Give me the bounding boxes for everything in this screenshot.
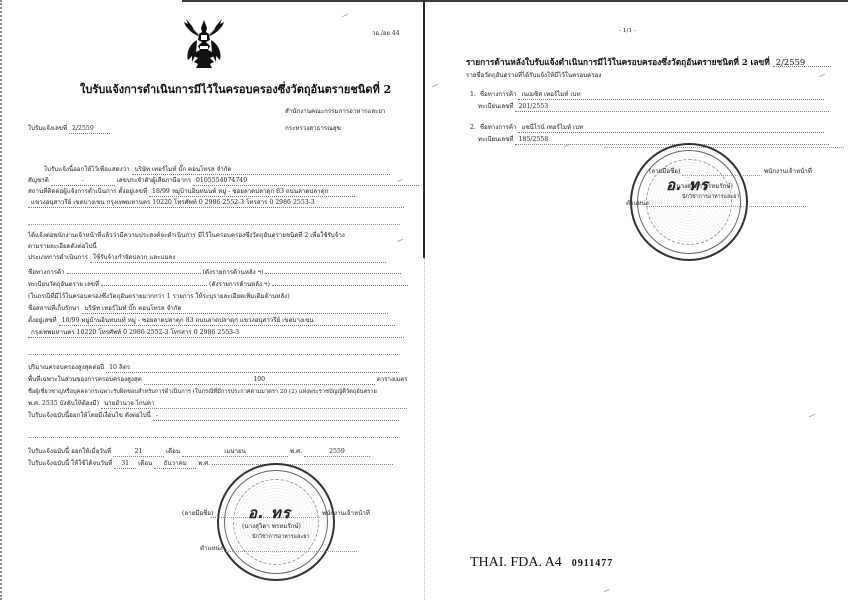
max-qty-value: 10 ลิตร: [106, 364, 397, 373]
item-1-reg-row: ทะเบียนเลขที่ 201/2553: [478, 103, 829, 112]
separator-rule: [28, 437, 400, 438]
position-label: ตำแหน่ง: [200, 545, 223, 553]
officer-label: พนักงานเจ้าหน้าที่: [764, 168, 812, 176]
page-divider-faint: [424, 258, 426, 600]
valid-month: ธันวาคม: [154, 460, 196, 469]
officer-position: นักวิชาการอาหารและยา: [252, 533, 309, 541]
scan-speck: [397, 239, 403, 242]
back-title-text: รายการด้านหลังใบรับแจ้งดำเนินการมีไว้ในค…: [466, 57, 770, 67]
issued-month: เมษายน: [182, 448, 288, 457]
issued-to-value: บริษัท เทอร์ไมท์ บั๊ก คอนโทรล จำกัด: [132, 166, 390, 175]
scan-speck: [432, 84, 438, 87]
garuda-emblem-icon: [180, 16, 228, 72]
receipt-back-page: - 1/1 - รายการด้านหลังใบรับแจ้งดำเนินการ…: [424, 0, 848, 600]
receipt-number: ใบรับแจ้งเลขที่ 2/2559: [28, 125, 110, 134]
notice-line1: ได้แจ้งต่อพนักงานเจ้าหน้าที่แล้วว่ามีควา…: [28, 232, 345, 240]
receipt-number-label: ใบรับแจ้งเลขที่: [28, 125, 67, 132]
issued-month-label: เดือน: [166, 448, 180, 455]
form-code: วอ./อย 44: [372, 30, 400, 38]
paper-watermark: THAI. FDA. A40911477: [470, 555, 613, 571]
valid-day: 31: [114, 460, 136, 469]
storage-address-line2-row: กรุงเทพมหานคร 10220 โทรศัพท์ 0 2986 2552…: [28, 329, 404, 338]
officer-position: นักวิชาการอาหารและยา: [682, 193, 739, 201]
item-index: 1.: [470, 91, 476, 98]
scan-speck: [604, 589, 610, 592]
issued-year-label: พ.ศ.: [290, 448, 302, 455]
storage-name: บริษัท เทอร์ไมท์ บั๊ก คอนโทรล จำกัด: [82, 305, 388, 314]
notice-line2: ตามรายละเอียดดังต่อไปนี้: [28, 243, 97, 251]
storage-label: ชื่อสถานที่เก็บรักษา: [28, 305, 80, 312]
expert-label-line1: ชื่อผู้เชี่ยวชาญหรือบุคคลากรเฉพาะรับผิดช…: [28, 388, 377, 396]
item-1-trade-row: 1. ชื่อทางการค้า เนเมซิส เทอร์ไมท์ เบท: [470, 91, 824, 100]
issued-to-row: ใบรับแจ้งนี้ออกให้ไว้เพื่อแสดงว่า บริษัท…: [44, 166, 390, 175]
item-trade-name: แซนี่ไรน์ เทอร์ไมท์ เบท: [518, 124, 824, 133]
max-qty-label: ปริมาณครอบครองสูงสุดต่อปี: [28, 364, 104, 371]
page-title: ใบรับแจ้งการดำเนินการมีไว้ในครอบครองซึ่ง…: [80, 86, 391, 94]
separator-rule: [28, 224, 400, 225]
issued-day: 21: [113, 448, 164, 457]
officer-label: พนักงานเจ้าหน้าที่: [322, 510, 370, 518]
trade-name-row: ชื่อทางการค้า (ดังรายการด้านหลัง ฯ): [28, 269, 401, 277]
reg-no-row: ทะเบียนวัตถุอันตราย เลขที่ (ดังรายการด้า…: [28, 281, 408, 289]
address-line1: 18/99 หมู่บ้านอินทนนท์ หมู่ - ซอยลาดปลาด…: [149, 188, 355, 197]
valid-year: [212, 464, 393, 465]
operation-type-label: ประเภทการดำเนินการ: [28, 254, 88, 261]
issued-date-label: ใบรับแจ้งฉบับนี้ ออกให้เมื่อวันที่: [28, 448, 111, 455]
trade-name-note: (ดังรายการด้านหลัง ฯ): [203, 269, 264, 276]
contact-row: สถานที่ติดต่อผู้แจ้งการดำเนินการ ตั้งอยู…: [28, 188, 355, 197]
address-line2-row: แขวงอนุสาวรีย์ เขตบางเขน กรุงเทพมหานคร 1…: [28, 199, 404, 208]
serial-number: 0911477: [572, 558, 613, 569]
area-label: พื้นที่เฉพาะในส่วนของการครอบครองสูงสุด: [28, 376, 142, 383]
receipt-front-page: วอ./อย 44 ใบรับแจ้งการดำเนินการมีไว้ในคร…: [0, 0, 424, 600]
area-row: พื้นที่เฉพาะในส่วนของการครอบครองสูงสุด 1…: [28, 376, 408, 385]
valid-until-row: ใบรับแจ้งฉบับนี้ ให้ใช้ได้จนวันที่ 31 เด…: [28, 460, 393, 469]
officer-signature: อ. ทร: [248, 501, 291, 525]
item-reg-label: ทะเบียนเลขที่: [478, 103, 514, 110]
tax-id-value: 0105554074749: [193, 177, 419, 186]
item-reg-no: 201/2553: [515, 103, 829, 112]
valid-until-label: ใบรับแจ้งฉบับนี้ ให้ใช้ได้จนวันที่: [28, 460, 112, 467]
storage-address-line1: 18/99 หมู่บ้านอินทนนท์ หมู่ - ซอยลาดปลาด…: [59, 317, 395, 326]
issuer-office: สำนักงานคณะกรรมการอาหารและยา: [285, 108, 385, 116]
expert-label-line2: พ.ศ. 2535 บังคับให้ต้องมี): [28, 400, 99, 407]
nationality-value: -: [51, 177, 115, 186]
item-2-trade-row: 2. ชื่อทางการค้า แซนี่ไรน์ เทอร์ไมท์ เบท: [470, 124, 824, 133]
nationality-row: สัญชาติ - เลขประจำตัวผู้เสียภาษีอากร 010…: [28, 177, 419, 186]
issuer-ministry: กระทรวงสาธารณสุข: [285, 125, 341, 133]
receipt-number-value: 2/2559: [69, 125, 110, 134]
item-trade-name: เนเมซิส เทอร์ไมท์ เบท: [518, 91, 824, 100]
scan-speck: [819, 74, 825, 77]
reg-no-label: ทะเบียนวัตถุอันตราย เลขที่: [28, 281, 99, 288]
multi-item-note: (ในกรณีที่มีไว้ในครอบครองซึ่งวัตถุอันตรา…: [28, 293, 290, 301]
page-divider: [423, 0, 425, 258]
back-title-number: 2/2559: [773, 58, 831, 67]
max-qty-row: ปริมาณครอบครองสูงสุดต่อปี 10 ลิตร: [28, 364, 397, 373]
contact-label: สถานที่ติดต่อผู้แจ้งการดำเนินการ ตั้งอยู…: [28, 188, 147, 195]
issued-date-row: ใบรับแจ้งฉบับนี้ ออกให้เมื่อวันที่ 21 เด…: [28, 448, 370, 457]
tax-id-label: เลขประจำตัวผู้เสียภาษีอากร: [117, 177, 191, 184]
scan-speck: [342, 14, 348, 17]
operation-type-row: ประเภทการดำเนินการ ใช้รับจ้างกำจัดปลวก แ…: [28, 254, 386, 263]
scan-speck: [809, 414, 815, 417]
area-value: 100: [144, 376, 375, 385]
separator-rule: [28, 354, 400, 355]
scan-edge-line: [424, 0, 848, 2]
item-index: 2.: [470, 124, 476, 131]
conditions-row: ใบรับแจ้งฉบับนี้ออกให้โดยมีเงื่อนไข ดังต…: [28, 412, 399, 421]
separator-rule: [604, 147, 844, 148]
trade-name-label: ชื่อทางการค้า: [28, 269, 65, 276]
expert-row: พ.ศ. 2535 บังคับให้ต้องมี) นายอำนาจ ไกนค…: [28, 400, 407, 409]
officer-name: (นางสุวิดา พรหมรักษ์): [242, 523, 301, 531]
valid-year-label: พ.ศ.: [198, 460, 210, 467]
back-page-title: รายการด้านหลังใบรับแจ้งดำเนินการมีไว้ในค…: [466, 58, 831, 67]
issued-to-label: ใบรับแจ้งนี้ออกให้ไว้เพื่อแสดงว่า: [44, 166, 130, 173]
item-trade-label: ชื่อทางการค้า: [480, 124, 517, 131]
position-rule: [222, 551, 357, 552]
conditions-label: ใบรับแจ้งฉบับนี้ออกให้โดยมีเงื่อนไข ดังต…: [28, 412, 151, 419]
nationality-label: สัญชาติ: [28, 177, 49, 184]
signature-label: (ลายมือชื่อ): [182, 510, 213, 518]
back-subtitle: รายชื่อวัตถุอันตรายที่ได้รับแจ้งให้มีไว้…: [466, 72, 601, 80]
address-line2: แขวงอนุสาวรีย์ เขตบางเขน กรุงเทพมหานคร 1…: [28, 199, 404, 208]
reg-no-note: (ดังรายการด้านหลัง ฯ): [209, 281, 270, 288]
scan-edge-line: [182, 0, 424, 2]
storage-address-label: ตั้งอยู่เลขที่: [28, 317, 57, 324]
position-rule: [646, 206, 806, 207]
page-marker: - 1/1 -: [619, 27, 636, 35]
storage-address-line2: กรุงเทพมหานคร 10220 โทรศัพท์ 0 2986 2552…: [28, 329, 404, 338]
conditions-value: -: [153, 412, 399, 421]
officer-name: (นางสุวิดา พรหมรักษ์): [674, 183, 733, 191]
valid-month-label: เดือน: [138, 460, 152, 467]
item-trade-label: ชื่อทางการค้า: [480, 91, 517, 98]
storage-address-row: ตั้งอยู่เลขที่ 18/99 หมู่บ้านอินทนนท์ หม…: [28, 317, 395, 326]
operation-type-value: ใช้รับจ้างกำจัดปลวก และแมลง: [90, 254, 386, 263]
item-reg-label: ทะเบียนเลขที่: [478, 136, 514, 143]
expert-name: นายอำนาจ ไกนคา: [101, 400, 407, 409]
item-reg-no: 185/2558: [515, 136, 829, 145]
item-2-reg-row: ทะเบียนเลขที่ 185/2558: [478, 136, 829, 145]
paper-mark: THAI. FDA. A4: [470, 555, 562, 570]
storage-row: ชื่อสถานที่เก็บรักษา บริษัท เทอร์ไมท์ บั…: [28, 305, 388, 314]
area-unit: ตารางเมตร: [377, 376, 408, 383]
issued-year: 2559: [304, 448, 370, 457]
